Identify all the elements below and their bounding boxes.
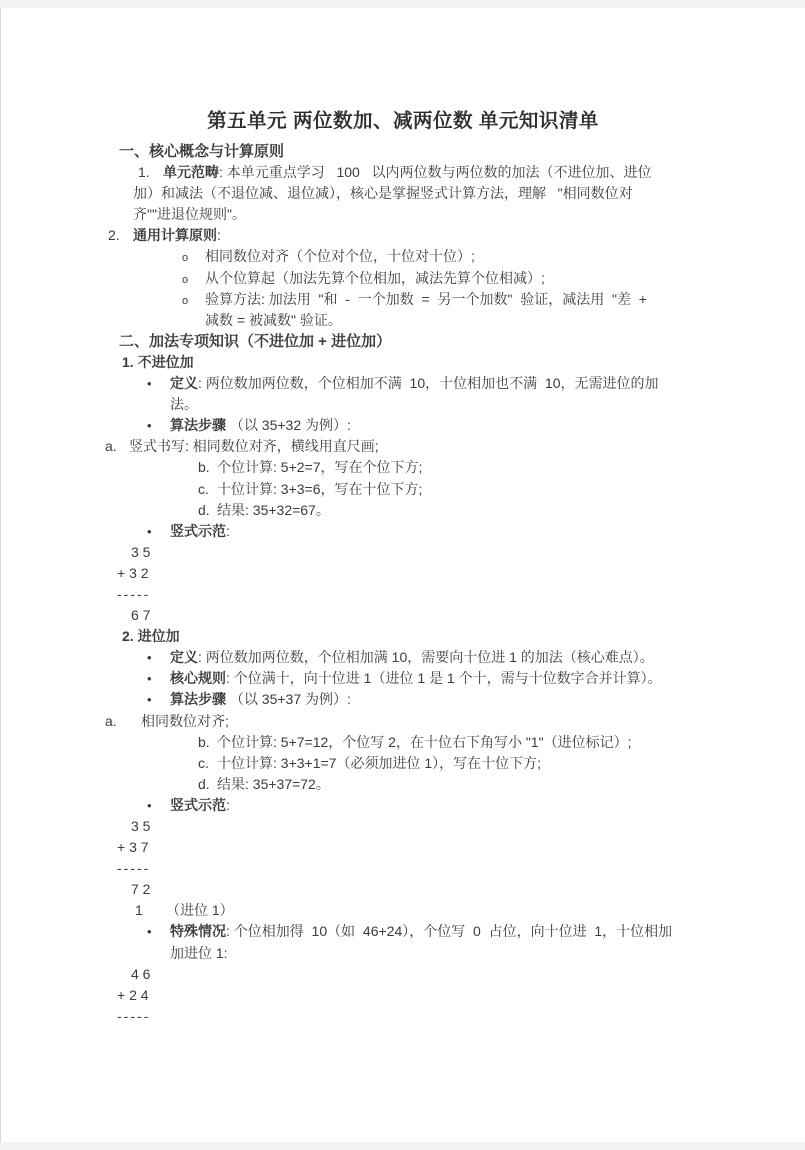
doc-line: •核心规则: 个位满十，向十位进 1（进位 1 是 1 个十，需与十位数字合并计… [1,668,805,689]
doc-line: 1.单元范畴: 本单元重点学习 100 以内两位数与两位数的加法（不进位加、进位 [1,162,805,183]
list-marker: 1 [135,900,143,921]
list-marker: • [147,689,152,710]
line-text: 竖式示范: [170,795,230,816]
doc-line: •竖式示范: [1,795,805,816]
line-text: 6 7 [131,605,150,626]
line-text: 4 6 [131,964,150,985]
line-text: 个位计算: 5+7=12，个位写 2，在十位右下角写小 "1"（进位标记）; [217,732,631,753]
vertical-form-line: 6 7 [1,605,805,626]
line-text: 法。 [170,394,198,415]
list-marker: c. [198,753,209,774]
list-marker: 2. [108,225,120,246]
line-text: 算法步骤 （以 35+37 为例）: [170,689,351,710]
line-text: 十位计算: 3+3+1=7（必须加进位 1），写在十位下方; [217,753,541,774]
vertical-form-rule: ----- [1,858,805,879]
doc-line: o验算方法: 加法用 "和 - 一个加数 = 另一个加数" 验证，减法用 "差 … [1,289,805,310]
doc-line: 减数 = 被减数" 验证。 [1,310,805,331]
doc-line: 2.通用计算原则: [1,225,805,246]
line-text: ----- [117,858,150,879]
subsection-heading: 2. 进位加 [1,626,805,647]
doc-line: a.竖式书写: 相同数位对齐，横线用直尺画; [1,436,805,457]
doc-line: d.结果: 35+37=72。 [1,774,805,795]
doc-line: 加进位 1: [1,943,805,964]
list-marker: • [147,373,152,394]
line-text: 定义: 两位数加两位数，个位相加满 10，需要向十位进 1 的加法（核心难点）。 [170,647,654,668]
document-body: 一、核心概念与计算原则1.单元范畴: 本单元重点学习 100 以内两位数与两位数… [1,141,805,1027]
list-marker: d. [198,774,210,795]
list-marker: b. [198,732,210,753]
list-marker: 1. [138,162,150,183]
line-text: 结果: 35+37=72。 [217,774,330,795]
list-marker: o [182,248,188,269]
section-heading-1: 一、核心概念与计算原则 [1,141,805,162]
line-text: 齐""进退位规则"。 [133,204,246,225]
doc-line: •定义: 两位数加两位数，个位相加不满 10，十位相加也不满 10，无需进位的加 [1,373,805,394]
carry-note-line: 1（进位 1） [1,900,805,921]
doc-line: b.个位计算: 5+7=12，个位写 2，在十位右下角写小 "1"（进位标记）; [1,732,805,753]
vertical-form-rule: ----- [1,584,805,605]
doc-line: •算法步骤 （以 35+32 为例）: [1,415,805,436]
vertical-form-line: 4 6 [1,964,805,985]
section-heading-2: 二、加法专项知识（不进位加 + 进位加） [1,331,805,352]
line-text: ----- [117,1006,150,1027]
line-text: 单元范畴: 本单元重点学习 100 以内两位数与两位数的加法（不进位加、进位 [163,162,651,183]
line-text: 二、加法专项知识（不进位加 + 进位加） [119,331,391,352]
line-text: 减数 = 被减数" 验证。 [205,310,342,331]
list-marker: • [147,647,152,668]
line-text: 竖式书写: 相同数位对齐，横线用直尺画; [129,436,379,457]
line-text: 十位计算: 3+3=6，写在十位下方; [217,479,422,500]
line-text: 特殊情况: 个位相加得 10（如 46+24），个位写 0 占位，向十位进 1，… [170,921,672,942]
doc-line: 法。 [1,394,805,415]
doc-line: 加）和减法（不退位减、退位减），核心是掌握竖式计算方法，理解 "相同数位对 [1,183,805,204]
line-text: 加进位 1: [170,943,228,964]
line-text: 定义: 两位数加两位数，个位相加不满 10，十位相加也不满 10，无需进位的加 [170,373,658,394]
doc-line: d.结果: 35+32=67。 [1,500,805,521]
doc-line: b.个位计算: 5+2=7，写在个位下方; [1,457,805,478]
vertical-form-line: + 3 2 [1,563,805,584]
line-text: 验算方法: 加法用 "和 - 一个加数 = 另一个加数" 验证，减法用 "差 + [205,289,647,310]
list-marker: • [147,415,152,436]
line-text: 2. 进位加 [122,626,180,647]
line-text: 算法步骤 （以 35+32 为例）: [170,415,351,436]
line-text: + 3 7 [117,837,149,858]
document-content: 第五单元 两位数加、减两位数 单元知识清单 一、核心概念与计算原则1.单元范畴:… [1,8,805,1027]
list-marker: • [147,668,152,689]
line-text: 一、核心概念与计算原则 [119,141,284,162]
doc-line: o相同数位对齐（个位对个位，十位对十位）; [1,246,805,267]
line-text: 通用计算原则: [133,225,221,246]
line-text: 个位计算: 5+2=7，写在个位下方; [217,457,422,478]
doc-line: c.十位计算: 3+3=6，写在十位下方; [1,479,805,500]
line-text: 从个位算起（加法先算个位相加，减法先算个位相减）; [205,268,545,289]
page-title: 第五单元 两位数加、减两位数 单元知识清单 [1,108,805,134]
line-text: 3 5 [131,816,150,837]
line-text: 核心规则: 个位满十，向十位进 1（进位 1 是 1 个十，需与十位数字合并计算… [170,668,662,689]
doc-line: a.相同数位对齐; [1,711,805,732]
vertical-form-line: 3 5 [1,816,805,837]
line-text: + 2 4 [117,985,149,1006]
list-marker: o [182,270,188,291]
vertical-form-line: + 3 7 [1,837,805,858]
doc-line: •竖式示范: [1,521,805,542]
line-text: ----- [117,584,150,605]
list-marker: a. [105,711,117,732]
line-text: 1. 不进位加 [122,352,194,373]
line-text: 结果: 35+32=67。 [217,500,330,521]
vertical-form-line: 3 5 [1,542,805,563]
vertical-form-rule: ----- [1,1006,805,1027]
doc-line: o从个位算起（加法先算个位相加，减法先算个位相减）; [1,268,805,289]
list-marker: b. [198,457,210,478]
list-marker: • [147,795,152,816]
list-marker: d. [198,500,210,521]
doc-line: c.十位计算: 3+3+1=7（必须加进位 1），写在十位下方; [1,753,805,774]
vertical-form-line: 7 2 [1,879,805,900]
doc-line: •定义: 两位数加两位数，个位相加满 10，需要向十位进 1 的加法（核心难点）… [1,647,805,668]
subsection-heading: 1. 不进位加 [1,352,805,373]
doc-line: 齐""进退位规则"。 [1,204,805,225]
list-marker: c. [198,479,209,500]
line-text: 3 5 [131,542,150,563]
list-marker: a. [105,436,117,457]
line-text: 竖式示范: [170,521,230,542]
list-marker: • [147,521,152,542]
doc-line: •算法步骤 （以 35+37 为例）: [1,689,805,710]
doc-line: •特殊情况: 个位相加得 10（如 46+24），个位写 0 占位，向十位进 1… [1,921,805,942]
line-text: 相同数位对齐（个位对个位，十位对十位）; [205,246,475,267]
list-marker: o [182,291,188,312]
line-text: 相同数位对齐; [141,711,229,732]
line-text: 加）和减法（不退位减、退位减），核心是掌握竖式计算方法，理解 "相同数位对 [133,183,633,204]
document-page: 第五单元 两位数加、减两位数 单元知识清单 一、核心概念与计算原则1.单元范畴:… [0,8,805,1142]
vertical-form-line: + 2 4 [1,985,805,1006]
line-text: + 3 2 [117,563,149,584]
list-marker: • [147,921,152,942]
line-text: （进位 1） [166,900,234,921]
line-text: 7 2 [131,879,150,900]
